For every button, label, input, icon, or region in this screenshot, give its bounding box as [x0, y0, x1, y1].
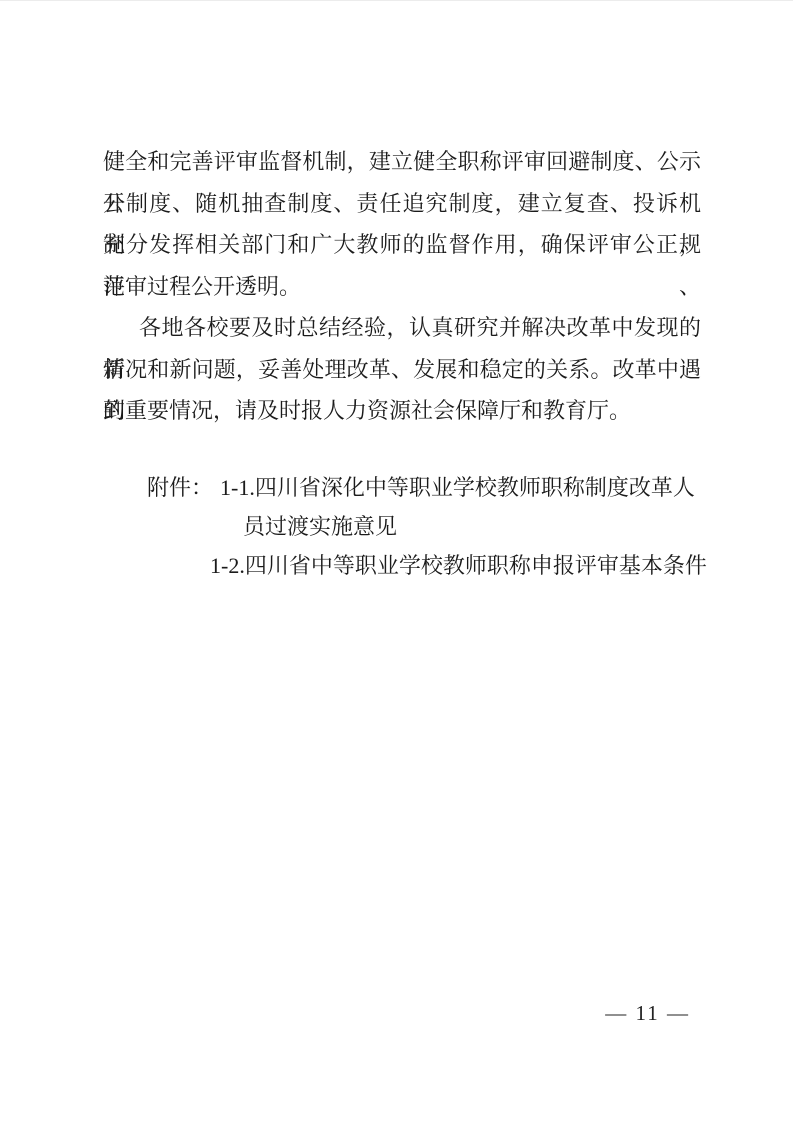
- attachment-item-1: 附件：1-1.四川省深化中等职业学校教师职称制度改革人: [147, 468, 701, 507]
- attachment-item-1-continuation: 员过渡实施意见: [243, 507, 701, 546]
- attachment-label: 附件：: [147, 468, 213, 507]
- paragraph-line: 开制度、随机抽查制度、责任追究制度，建立复查、投诉机制，: [103, 183, 701, 225]
- document-page: 健全和完善评审监督机制，建立健全职称评审回避制度、公示公 开制度、随机抽查制度、…: [0, 0, 793, 1122]
- paragraph-line: 充分发挥相关部门和广大教师的监督作用，确保评审公正规范、: [103, 224, 701, 266]
- attachment-item-1-text: 1-1.四川省深化中等职业学校教师职称制度改革人: [220, 475, 695, 500]
- attachment-item-2: 1-2.四川省中等职业学校教师职称申报评审基本条件: [210, 546, 701, 585]
- attachment-list: 附件：1-1.四川省深化中等职业学校教师职称制度改革人 员过渡实施意见 1-2.…: [103, 468, 701, 585]
- paragraph-line: 健全和完善评审监督机制，建立健全职称评审回避制度、公示公: [103, 141, 701, 183]
- paragraph-line: 的重要情况，请及时报人力资源社会保障厅和教育厅。: [103, 390, 701, 432]
- paragraph-line: 各地各校要及时总结经验，认真研究并解决改革中发现的新: [103, 307, 701, 349]
- paragraph-line: 情况和新问题，妥善处理改革、发展和稳定的关系。改革中遇到: [103, 349, 701, 391]
- paragraph-supervision: 健全和完善评审监督机制，建立健全职称评审回避制度、公示公 开制度、随机抽查制度、…: [103, 141, 701, 307]
- page-number: — 11 —: [605, 1001, 690, 1026]
- paragraph-summary: 各地各校要及时总结经验，认真研究并解决改革中发现的新 情况和新问题，妥善处理改革…: [103, 307, 701, 432]
- document-body: 健全和完善评审监督机制，建立健全职称评审回避制度、公示公 开制度、随机抽查制度、…: [103, 141, 701, 585]
